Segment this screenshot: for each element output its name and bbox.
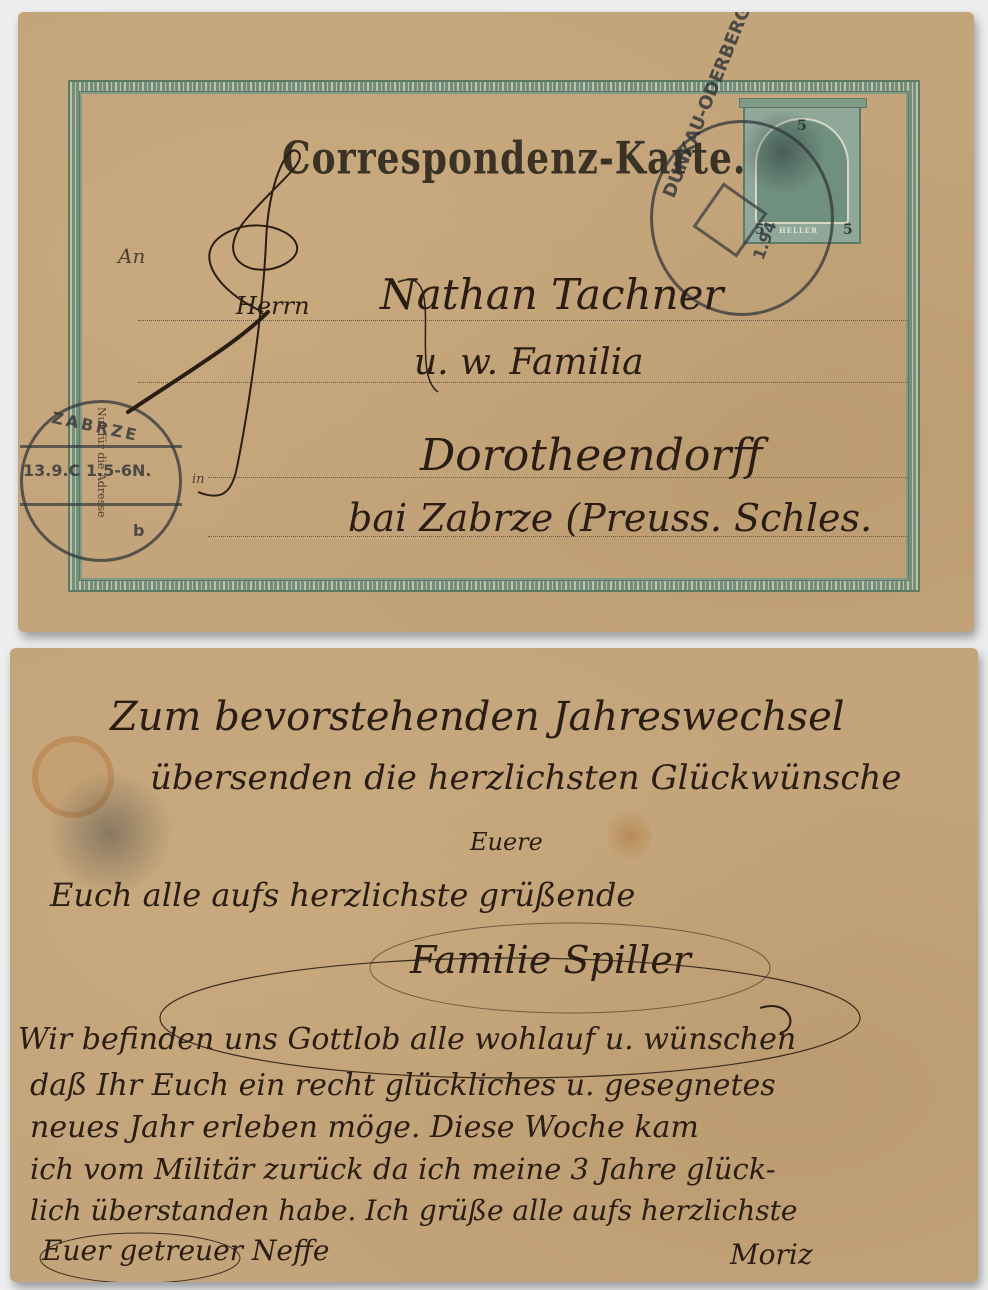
address-salutation: Herrn <box>236 292 310 320</box>
back-line-11: Euer getreuer Neffe <box>42 1234 329 1267</box>
address-town: Dorotheendorff <box>420 430 763 481</box>
back-line-4: Euch alle aufs herzlichste grüßende <box>50 876 635 914</box>
back-line-2: übersenden die herzlichsten Glückwünsche <box>150 758 901 798</box>
address-region: bai Zabrze (Preuss. Schles. <box>348 496 872 540</box>
back-line-1: Zum bevorstehenden Jahreswechsel <box>110 694 845 740</box>
back-line-9: ich vom Militär zurück da ich meine 3 Ja… <box>30 1152 776 1186</box>
back-sender-name: Moriz <box>730 1238 813 1271</box>
back-line-3: Euere <box>470 828 543 856</box>
back-line-6: Wir befinden uns Gottlob alle wohlauf u.… <box>18 1022 796 1057</box>
address-name: Nathan Tachner <box>380 270 724 319</box>
postcard-back: Zum bevorstehenden Jahreswechsel übersen… <box>10 648 978 1282</box>
address-family: u. w. Familia <box>414 342 644 383</box>
back-line-7: daß Ihr Euch ein recht glückliches u. ge… <box>30 1068 776 1103</box>
back-line-8: neues Jahr erleben möge. Diese Woche kam <box>30 1110 699 1145</box>
back-signature: Familie Spiller <box>410 938 691 982</box>
back-line-10: lich überstanden habe. Ich grüße alle au… <box>30 1194 797 1227</box>
postcard-front: Correspondenz-Karte. 5 5 5 HELLER DUNKAU… <box>18 12 974 632</box>
